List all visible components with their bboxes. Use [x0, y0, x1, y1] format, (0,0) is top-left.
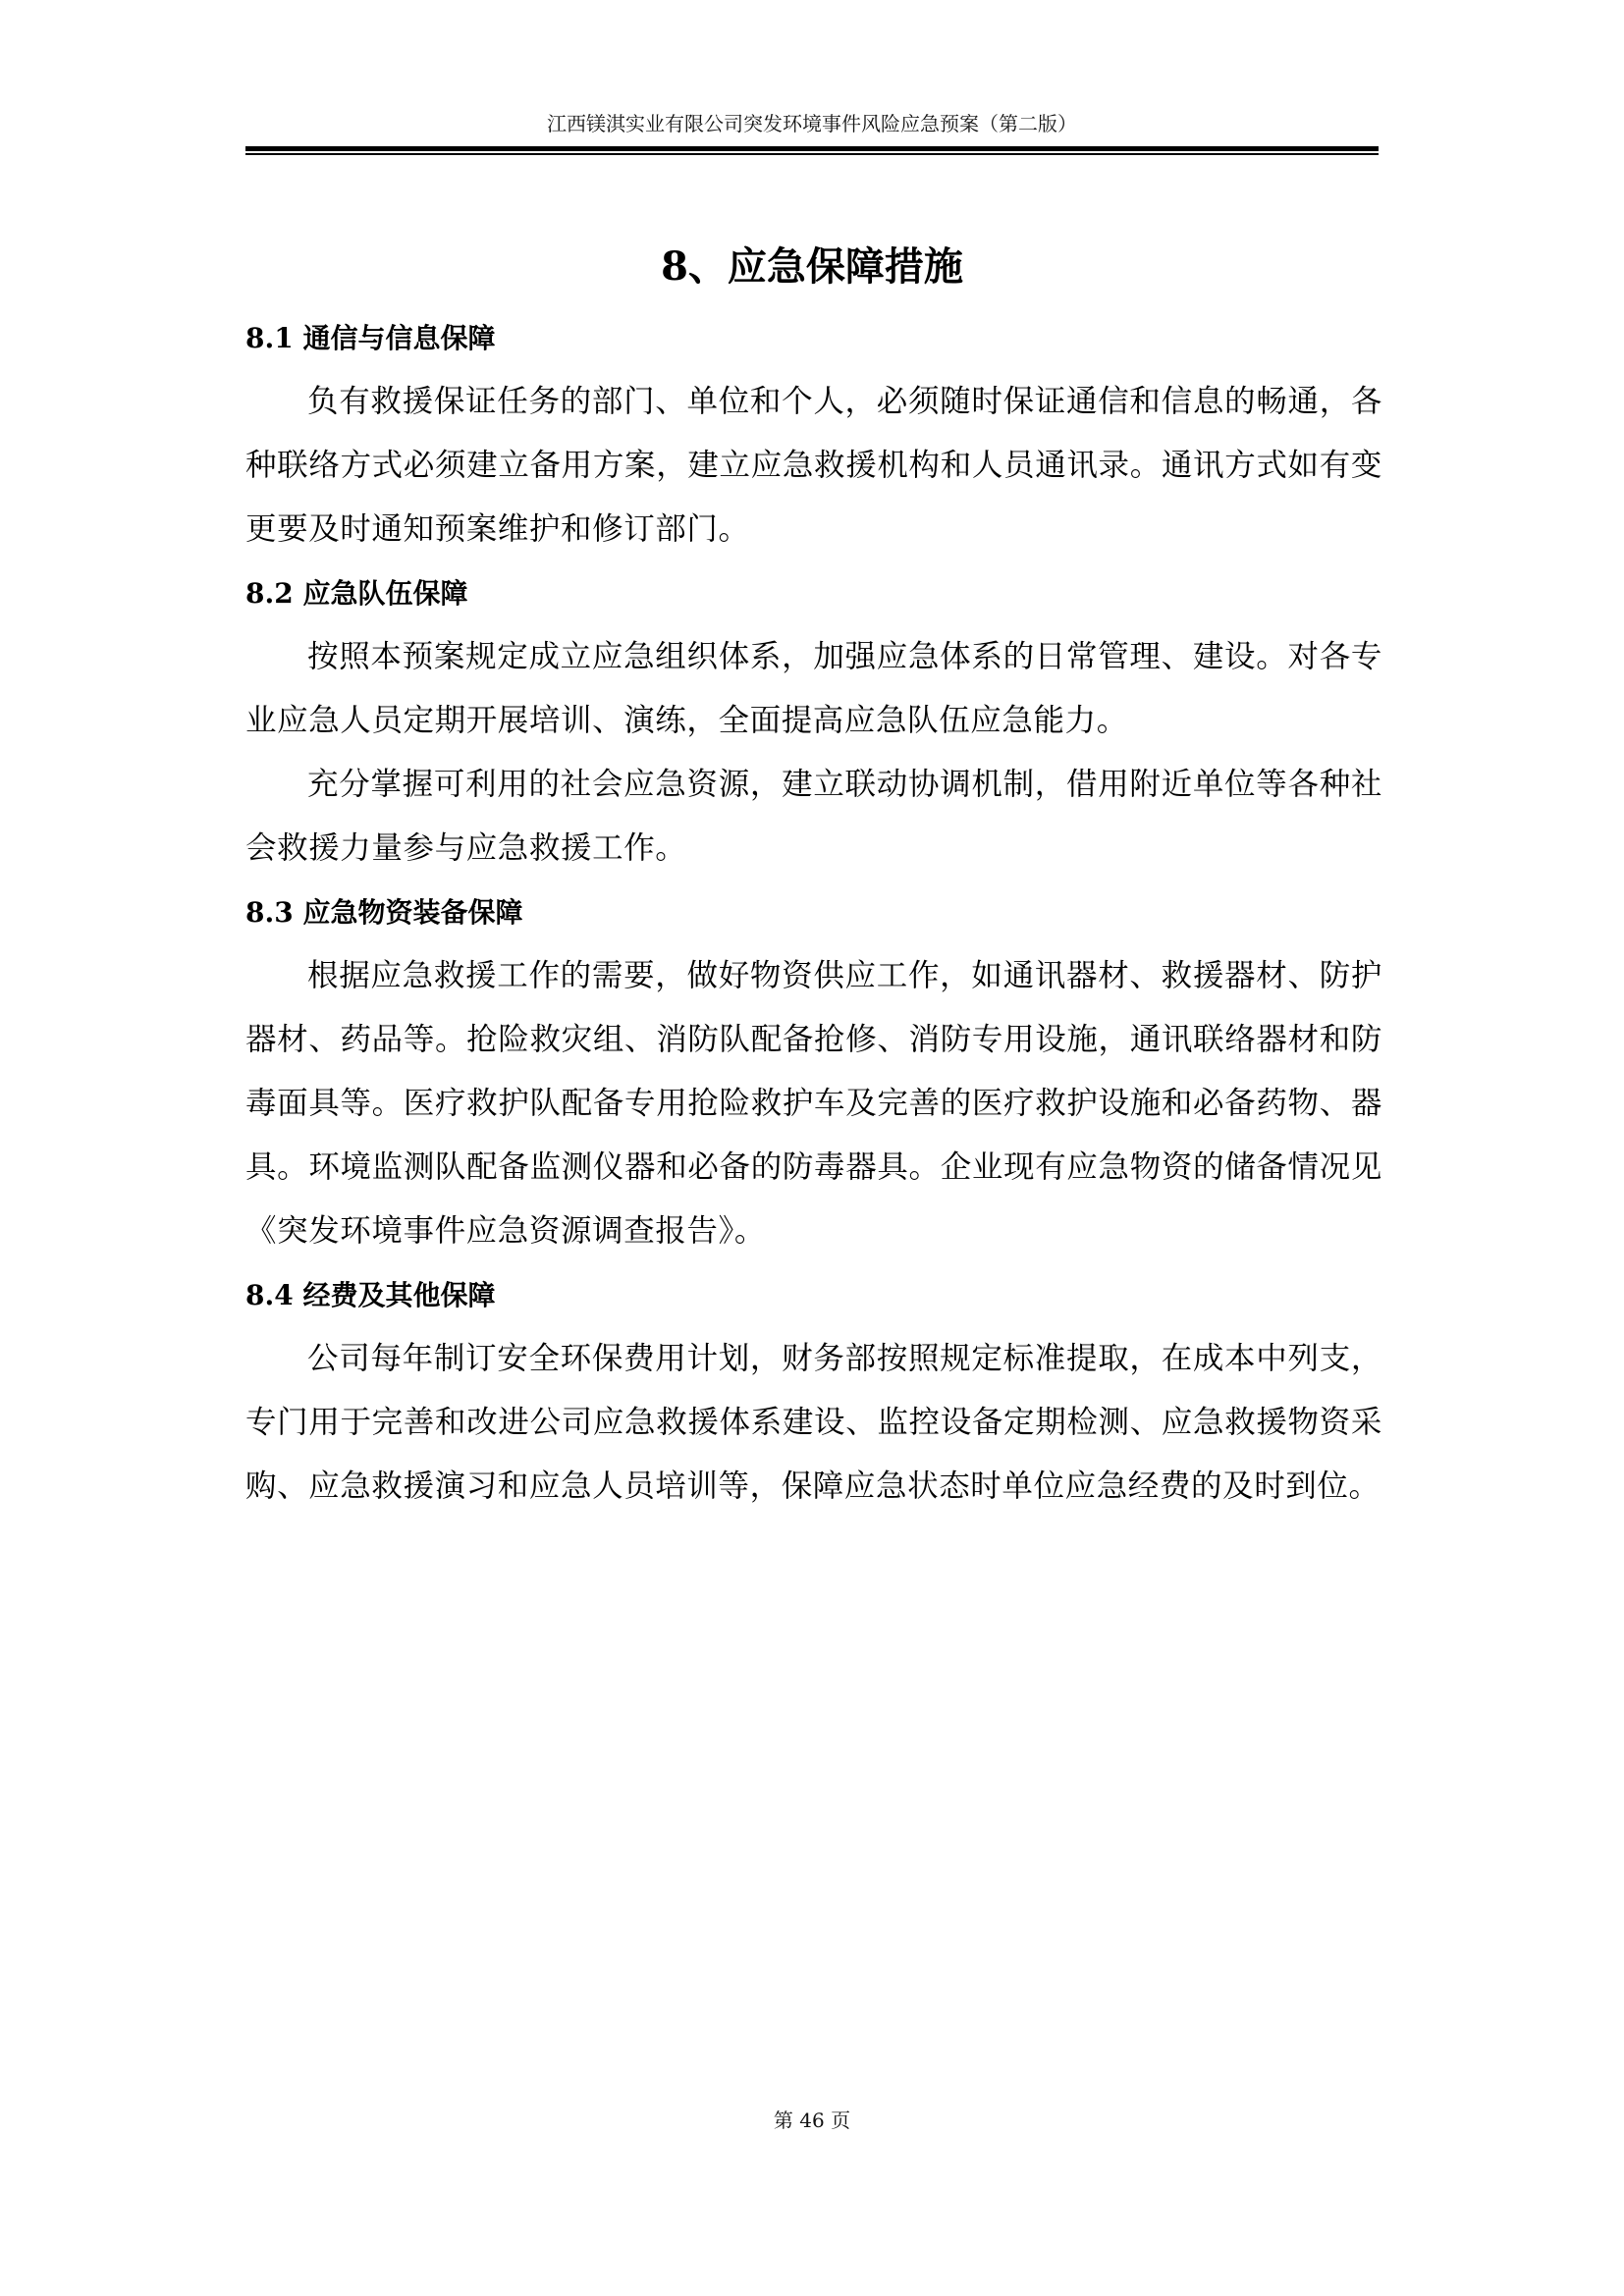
header-rule-thin [245, 153, 1379, 155]
paragraph: 充分掌握可利用的社会应急资源，建立联动协调机制，借用附近单位等各种社会救援力量参… [245, 753, 1382, 881]
paragraph: 负有救援保证任务的部门、单位和个人，必须随时保证通信和信息的畅通，各种联络方式必… [245, 370, 1382, 561]
paragraph: 按照本预案规定成立应急组织体系，加强应急体系的日常管理、建设。对各专业应急人员定… [245, 625, 1382, 753]
section-heading: 8.4 经费及其他保障 [245, 1263, 1382, 1327]
running-header: 江西镁淇实业有限公司突发环境事件风险应急预案（第二版） [245, 110, 1379, 137]
paragraph: 公司每年制订安全环保费用计划，财务部按照规定标准提取，在成本中列支，专门用于完善… [245, 1327, 1382, 1519]
chapter-title: 8、应急保障措施 [245, 240, 1379, 294]
paragraph: 根据应急救援工作的需要，做好物资供应工作，如通讯器材、救援器材、防护器材、药品等… [245, 944, 1382, 1263]
section-8-2: 8.2 应急队伍保障 按照本预案规定成立应急组织体系，加强应急体系的日常管理、建… [245, 561, 1382, 881]
section-8-1: 8.1 通信与信息保障 负有救援保证任务的部门、单位和个人，必须随时保证通信和信… [245, 306, 1382, 561]
section-8-3: 8.3 应急物资装备保障 根据应急救援工作的需要，做好物资供应工作，如通讯器材、… [245, 881, 1382, 1263]
section-heading: 8.2 应急队伍保障 [245, 561, 1382, 625]
section-heading: 8.3 应急物资装备保障 [245, 881, 1382, 944]
section-heading: 8.1 通信与信息保障 [245, 306, 1382, 370]
header-rule-thick [245, 146, 1379, 151]
page-number: 第 46 页 [245, 2107, 1379, 2134]
section-8-4: 8.4 经费及其他保障 公司每年制订安全环保费用计划，财务部按照规定标准提取，在… [245, 1263, 1382, 1519]
document-body: 8.1 通信与信息保障 负有救援保证任务的部门、单位和个人，必须随时保证通信和信… [245, 306, 1382, 1519]
